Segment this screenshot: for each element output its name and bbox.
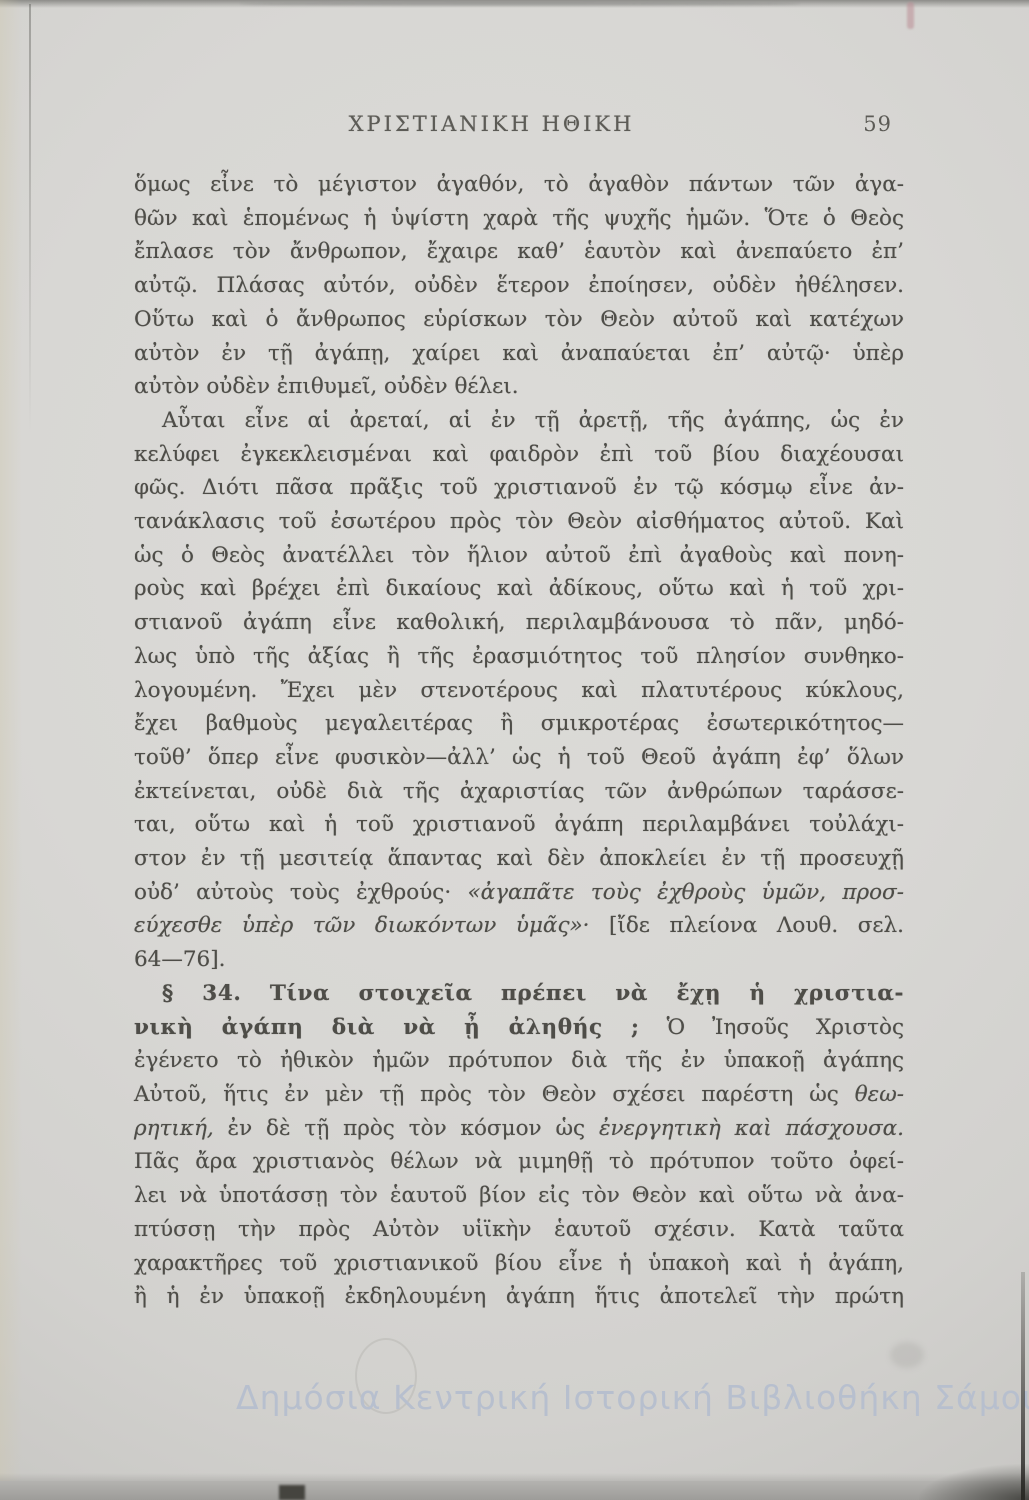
text-line: οὐδ’ αὐτοὺς τοὺς ἐχθρούς· «ἀγαπᾶτε τοὺς …: [134, 876, 904, 910]
text-line: φῶς. Διότι πᾶσα πρᾶξις τοῦ χριστιανοῦ ἐν…: [134, 471, 904, 505]
text-line: ἔχει βαθμοὺς μεγαλειτέρας ἢ σμικροτέρας …: [134, 707, 904, 741]
bottom-edge-shadow: [0, 1481, 1029, 1500]
text-line: αὐτῷ. Πλάσας αὐτόν, οὐδὲν ἕτερον ἐποίησε…: [134, 269, 904, 303]
bottom-right-corner-shadow: [919, 1464, 1029, 1500]
text-line: στον ἐν τῇ μεσιτείᾳ ἅπαντας καὶ δὲν ἀποκ…: [134, 842, 904, 876]
text-line: ὡς ὁ Θεὸς ἀνατέλλει τὸν ἥλιον αὐτοῦ ἐπὶ …: [134, 539, 904, 573]
text-line: χαρακτῆρες τοῦ χριστιανικοῦ βίου εἶνε ἡ …: [134, 1247, 904, 1281]
text-line: πτύσσῃ τὴν πρὸς Αὐτὸν υἱϊκὴν ἑαυτοῦ σχέσ…: [134, 1213, 904, 1247]
text-line: ἐγένετο τὸ ἠθικὸν ἡμῶν πρότυπον διὰ τῆς …: [134, 1044, 904, 1078]
page-number: 59: [863, 112, 892, 136]
text-line: Πᾶς ἄρα χριστιανὸς θέλων νὰ μιμηθῇ τὸ πρ…: [134, 1145, 904, 1179]
text-line: ὅμως εἶνε τὸ μέγιστον ἀγαθόν, τὸ ἀγαθὸν …: [134, 168, 904, 202]
text-line: ται, οὕτω καὶ ἡ τοῦ χριστιανοῦ ἀγάπη περ…: [134, 808, 904, 842]
text-line: εύχεσθε ὑπὲρ τῶν διωκόντων ὑμᾶς»· [ἴδε π…: [134, 909, 904, 943]
text-line: Οὕτω καὶ ὁ ἄνθρωπος εὑρίσκων τὸν Θεὸν αὐ…: [134, 303, 904, 337]
running-title: ΧΡΙΣΤΙΑΝΙΚΗ ΗΘΙΚΗ: [134, 112, 849, 136]
text-line: ροὺς καὶ βρέχει ἐπὶ δικαίους καὶ ἀδίκους…: [134, 572, 904, 606]
text-line: αὐτὸν ἐν τῇ ἀγάπῃ, χαίρει καὶ ἀναπαύεται…: [134, 337, 904, 371]
text-line: ἢ ἡ ἐν ὑπακοῇ ἐκδηλουμένη ἀγάπη ἥτις ἀπο…: [134, 1280, 904, 1314]
pink-ink-mark: [907, 2, 914, 29]
text-line: τανάκλασις τοῦ ἐσωτέρου πρὸς τὸν Θεὸν αἰ…: [134, 505, 904, 539]
text-line: κελύφει ἐγκεκλεισμέναι καὶ φαιδρὸν ἐπὶ τ…: [134, 438, 904, 472]
text-line: Αὐτοῦ, ἥτις ἐν μὲν τῇ πρὸς τὸν Θεὸν σχέσ…: [134, 1078, 904, 1112]
ghost-smudge-artifact: [890, 1342, 924, 1368]
page-header: ΧΡΙΣΤΙΑΝΙΚΗ ΗΘΙΚΗ 59: [134, 112, 904, 142]
text-line: λει νὰ ὑποτάσσῃ τὸν ἑαυτοῦ βίον εἰς τὸν …: [134, 1179, 904, 1213]
library-watermark: Δημόσια Κεντρική Ιστορική Βιβλιοθήκη Σάμ…: [236, 1378, 1016, 1417]
text-line: ἐκτείνεται, οὐδὲ διὰ τῆς ἀχαριστίας τῶν …: [134, 775, 904, 809]
text-line: ρητική, ἐν δὲ τῇ πρὸς τὸν κόσμον ὡς ἐνερ…: [134, 1112, 904, 1146]
text-line: θῶν καὶ ἑπομένως ἡ ὑψίστη χαρὰ τῆς ψυχῆς…: [134, 202, 904, 236]
text-line: τοῦθ’ ὅπερ εἶνε φυσικὸν—ἀλλ’ ὡς ἡ τοῦ Θε…: [134, 741, 904, 775]
scanned-book-page: ΧΡΙΣΤΙΑΝΙΚΗ ΗΘΙΚΗ 59 ὅμως εἶνε τὸ μέγιστ…: [0, 0, 1029, 1500]
bottom-ink-smudge: [279, 1485, 305, 1500]
text-line: αὐτὸν οὐδὲν ἐπιθυμεῖ, οὐδὲν θέλει.: [134, 370, 904, 404]
text-line: νικὴ ἀγάπη διὰ νὰ ᾖ ἀληθής ; Ὁ Ἰησοῦς Χρ…: [134, 1011, 904, 1045]
text-line: § 34. Τίνα στοιχεῖα πρέπει νὰ ἔχῃ ἡ χρισ…: [134, 977, 904, 1011]
text-line: λως ὑπὸ τῆς ἀξίας ἢ τῆς ἐρασμιότητος τοῦ…: [134, 640, 904, 674]
top-edge-shadow-wave: [240, 2, 800, 6]
text-line: 64—76].: [134, 943, 904, 977]
text-line: ἔπλασε τὸν ἄνθρωπον, ἔχαιρε καθ’ ἑαυτὸν …: [134, 235, 904, 269]
text-line: λογουμένη. Ἔχει μὲν στενοτέρους καὶ πλατ…: [134, 674, 904, 708]
text-line: Αὗται εἶνε αἱ ἀρεταί, αἱ ἐν τῇ ἀρετῇ, τῆ…: [134, 404, 904, 438]
text-line: στιανοῦ ἀγάπη εἶνε καθολική, περιλαμβάνο…: [134, 606, 904, 640]
text-block: ὅμως εἶνε τὸ μέγιστον ἀγαθόν, τὸ ἀγαθὸν …: [134, 168, 904, 1314]
left-fold-line: [29, 4, 31, 434]
left-edge-tint: [0, 0, 22, 1500]
